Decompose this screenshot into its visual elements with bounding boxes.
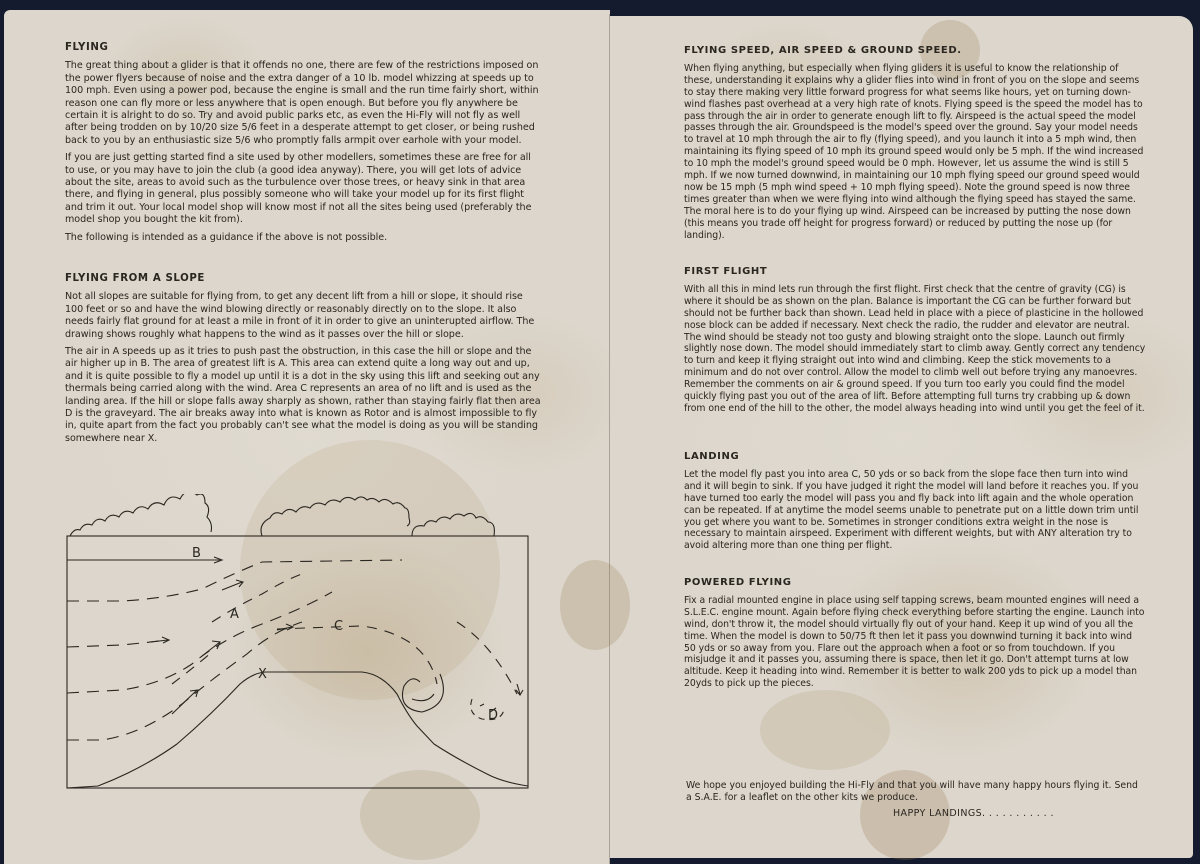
paragraph: With all this in mind lets run through t… xyxy=(684,284,1146,415)
paragraph: Not all slopes are suitable for flying f… xyxy=(65,291,543,341)
paragraph: When flying anything, but especially whe… xyxy=(684,63,1146,242)
cloud-icon xyxy=(70,494,212,536)
section-flying: FLYING The great thing about a glider is… xyxy=(65,42,543,249)
paragraph: The air in A speeds up as it tries to pu… xyxy=(65,346,543,445)
paragraph: The great thing about a glider is that i… xyxy=(65,60,543,147)
section-landing: LANDING Let the model fly past you into … xyxy=(684,451,1146,557)
paragraph: If you are just getting started find a s… xyxy=(65,152,543,226)
label-a: A xyxy=(230,607,239,622)
heading-landing: LANDING xyxy=(684,451,1146,463)
label-c: C xyxy=(334,619,343,634)
paragraph: Let the model fly past you into area C, … xyxy=(684,469,1146,552)
label-b: B xyxy=(192,546,201,561)
cloud-icon xyxy=(261,497,410,536)
slope-airflow-diagram: B A C D X xyxy=(62,494,536,796)
heading-flying-from-slope: FLYING FROM A SLOPE xyxy=(65,273,543,285)
section-flying-speed: FLYING SPEED, AIR SPEED & GROUND SPEED. … xyxy=(684,45,1146,247)
paragraph: The following is intended as a guidance … xyxy=(65,232,543,244)
heading-first-flight: FIRST FLIGHT xyxy=(684,266,1146,278)
section-first-flight: FIRST FLIGHT With all this in mind lets … xyxy=(684,266,1146,420)
closing-note: We hope you enjoyed building the Hi-Fly … xyxy=(686,780,1146,804)
section-flying-from-slope: FLYING FROM A SLOPE Not all slopes are s… xyxy=(65,273,543,450)
paragraph: Fix a radial mounted engine in place usi… xyxy=(684,595,1146,690)
section-powered-flying: POWERED FLYING Fix a radial mounted engi… xyxy=(684,577,1146,695)
diagram-frame xyxy=(67,536,528,788)
page-gutter xyxy=(609,14,610,864)
heading-flying-speed: FLYING SPEED, AIR SPEED & GROUND SPEED. xyxy=(684,45,1146,57)
label-x: X xyxy=(258,667,267,682)
label-d: D xyxy=(488,708,498,723)
airflow-diagram-svg: B A C D X xyxy=(62,494,536,796)
heading-flying: FLYING xyxy=(65,42,543,54)
heading-powered-flying: POWERED FLYING xyxy=(684,577,1146,589)
cloud-icon xyxy=(412,513,494,536)
signoff: HAPPY LANDINGS. . . . . . . . . . . xyxy=(893,808,1054,819)
